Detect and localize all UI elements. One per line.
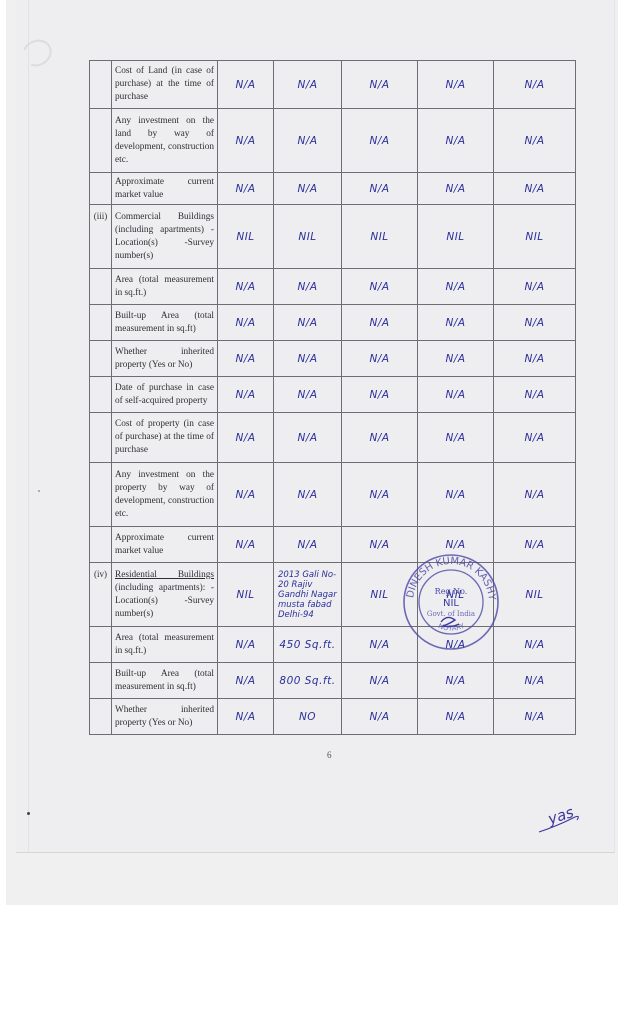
row-label: Any investment on the property by way of… [112, 463, 218, 527]
row-number [90, 109, 112, 173]
handwritten-value: N/A [274, 341, 342, 377]
handwritten-value: N/A [274, 463, 342, 527]
table-row: Any investment on the property by way of… [90, 463, 576, 527]
row-label: Whether inherited property (Yes or No) [112, 699, 218, 735]
table-row: Approximate current market valueN/AN/AN/… [90, 527, 576, 563]
table-row: Cost of property (in case of purchase) a… [90, 413, 576, 463]
row-label: Any investment on the land by way of dev… [112, 109, 218, 173]
handwritten-value: N/A [418, 173, 494, 205]
handwritten-value: N/A [418, 463, 494, 527]
row-number [90, 173, 112, 205]
handwritten-value: NO [274, 699, 342, 735]
handwritten-value: N/A [418, 663, 494, 699]
handwritten-value: N/A [494, 413, 576, 463]
handwritten-value: N/A [218, 305, 274, 341]
scan-speck [27, 812, 30, 815]
table-row: Built-up Area (total measurement in sq.f… [90, 663, 576, 699]
row-label: Cost of property (in case of purchase) a… [112, 413, 218, 463]
asset-declaration-table: Cost of Land (in case of purchase) at th… [89, 60, 576, 735]
table-row: (iii)Commercial Buildings (including apa… [90, 205, 576, 269]
row-number [90, 627, 112, 663]
table-row: (iv)Residential Buildings (including apa… [90, 563, 576, 627]
handwritten-value: N/A [218, 269, 274, 305]
row-label: Date of purchase in case of self-acquire… [112, 377, 218, 413]
row-number [90, 61, 112, 109]
handwritten-value: N/A [418, 377, 494, 413]
handwritten-value: N/A [274, 173, 342, 205]
handwritten-value: N/A [342, 413, 418, 463]
handwritten-value: N/A [218, 61, 274, 109]
handwritten-value: N/A [494, 109, 576, 173]
handwritten-value: N/A [218, 341, 274, 377]
handwritten-value: N/A [494, 341, 576, 377]
table-row: Built-up Area (total measurement in sq.f… [90, 305, 576, 341]
row-number [90, 699, 112, 735]
handwritten-value: 800 Sq.ft. [274, 663, 342, 699]
scan-speck [38, 490, 40, 492]
svg-text:Reg No.: Reg No. [435, 587, 468, 596]
handwritten-value: N/A [494, 663, 576, 699]
handwritten-value: NIL [218, 563, 274, 627]
handwritten-value: N/A [494, 377, 576, 413]
handwritten-value: N/A [342, 699, 418, 735]
row-number [90, 413, 112, 463]
row-number [90, 377, 112, 413]
handwritten-value: N/A [494, 627, 576, 663]
handwritten-value: 2013 Gali No- 20 Rajiv Gandhi Nagar must… [274, 563, 342, 627]
row-number: (iii) [90, 205, 112, 269]
handwritten-value: N/A [418, 269, 494, 305]
handwritten-value: N/A [218, 627, 274, 663]
handwritten-value: NIL [494, 205, 576, 269]
handwritten-value: N/A [494, 173, 576, 205]
row-label: Built-up Area (total measurement in sq.f… [112, 305, 218, 341]
page-fold-line [28, 0, 29, 852]
row-label: Approximate current market value [112, 527, 218, 563]
table-row: Approximate current market valueN/AN/AN/… [90, 173, 576, 205]
svg-text:yas: yas [545, 803, 576, 828]
table-row: Cost of Land (in case of purchase) at th… [90, 61, 576, 109]
handwritten-value: N/A [274, 269, 342, 305]
handwritten-value: N/A [418, 699, 494, 735]
handwritten-value: NIL [418, 205, 494, 269]
handwritten-value: N/A [274, 305, 342, 341]
row-number [90, 463, 112, 527]
signature-icon: yas [537, 800, 597, 840]
handwritten-value: N/A [494, 269, 576, 305]
row-number [90, 527, 112, 563]
table-row: Area (total measurement in sq.ft.)N/A450… [90, 627, 576, 663]
handwritten-value: N/A [418, 61, 494, 109]
handwritten-value: N/A [342, 341, 418, 377]
handwritten-value: N/A [218, 663, 274, 699]
handwritten-value: N/A [218, 699, 274, 735]
handwritten-value: N/A [342, 463, 418, 527]
handwritten-value: N/A [494, 463, 576, 527]
handwritten-value: N/A [274, 413, 342, 463]
row-label: Approximate current market value [112, 173, 218, 205]
row-label: Whether inherited property (Yes or No) [112, 341, 218, 377]
handwritten-value: N/A [218, 527, 274, 563]
row-label: Area (total measurement in sq.ft.) [112, 627, 218, 663]
row-number [90, 341, 112, 377]
row-number [90, 305, 112, 341]
handwritten-value: 450 Sq.ft. [274, 627, 342, 663]
handwritten-value: N/A [342, 173, 418, 205]
handwritten-value: N/A [342, 663, 418, 699]
page-number: 6 [327, 750, 332, 760]
row-number [90, 269, 112, 305]
row-label: Residential Buildings (including apartme… [112, 563, 218, 627]
table-row: Any investment on the land by way of dev… [90, 109, 576, 173]
svg-text:Govt. of India: Govt. of India [427, 610, 475, 618]
handwritten-value: N/A [418, 413, 494, 463]
table-row: Date of purchase in case of self-acquire… [90, 377, 576, 413]
handwritten-value: N/A [218, 463, 274, 527]
handwritten-value: NIL [342, 205, 418, 269]
handwritten-value: N/A [274, 377, 342, 413]
handwritten-value: N/A [218, 109, 274, 173]
table-row: Whether inherited property (Yes or No)N/… [90, 341, 576, 377]
table-row: Whether inherited property (Yes or No)N/… [90, 699, 576, 735]
handwritten-value: N/A [274, 527, 342, 563]
handwritten-value: NIL [274, 205, 342, 269]
handwritten-value: NIL [494, 563, 576, 627]
notary-stamp-icon: DINESH KUMAR KASHYAP NOTARY Reg No. NIL … [401, 552, 501, 652]
row-label: Built-up Area (total measurement in sq.f… [112, 663, 218, 699]
handwritten-value: N/A [342, 305, 418, 341]
row-label: Cost of Land (in case of purchase) at th… [112, 61, 218, 109]
handwritten-value: N/A [494, 699, 576, 735]
handwritten-value: N/A [218, 413, 274, 463]
handwritten-value: N/A [342, 269, 418, 305]
row-label: Commercial Buildings (including apartmen… [112, 205, 218, 269]
handwritten-value: N/A [218, 173, 274, 205]
row-label: Area (total measurement in sq.ft.) [112, 269, 218, 305]
handwritten-value: N/A [342, 109, 418, 173]
handwritten-value: N/A [274, 109, 342, 173]
handwritten-value: N/A [494, 527, 576, 563]
handwritten-value: N/A [342, 377, 418, 413]
handwritten-value: N/A [218, 377, 274, 413]
svg-text:NIL: NIL [443, 598, 459, 609]
handwritten-value: N/A [494, 61, 576, 109]
handwritten-value: N/A [494, 305, 576, 341]
handwritten-value: N/A [418, 305, 494, 341]
handwritten-value: NIL [218, 205, 274, 269]
handwritten-value: N/A [418, 109, 494, 173]
row-number [90, 663, 112, 699]
row-number: (iv) [90, 563, 112, 627]
handwritten-value: N/A [342, 61, 418, 109]
table-row: Area (total measurement in sq.ft.)N/AN/A… [90, 269, 576, 305]
handwritten-value: N/A [418, 341, 494, 377]
handwritten-value: N/A [274, 61, 342, 109]
